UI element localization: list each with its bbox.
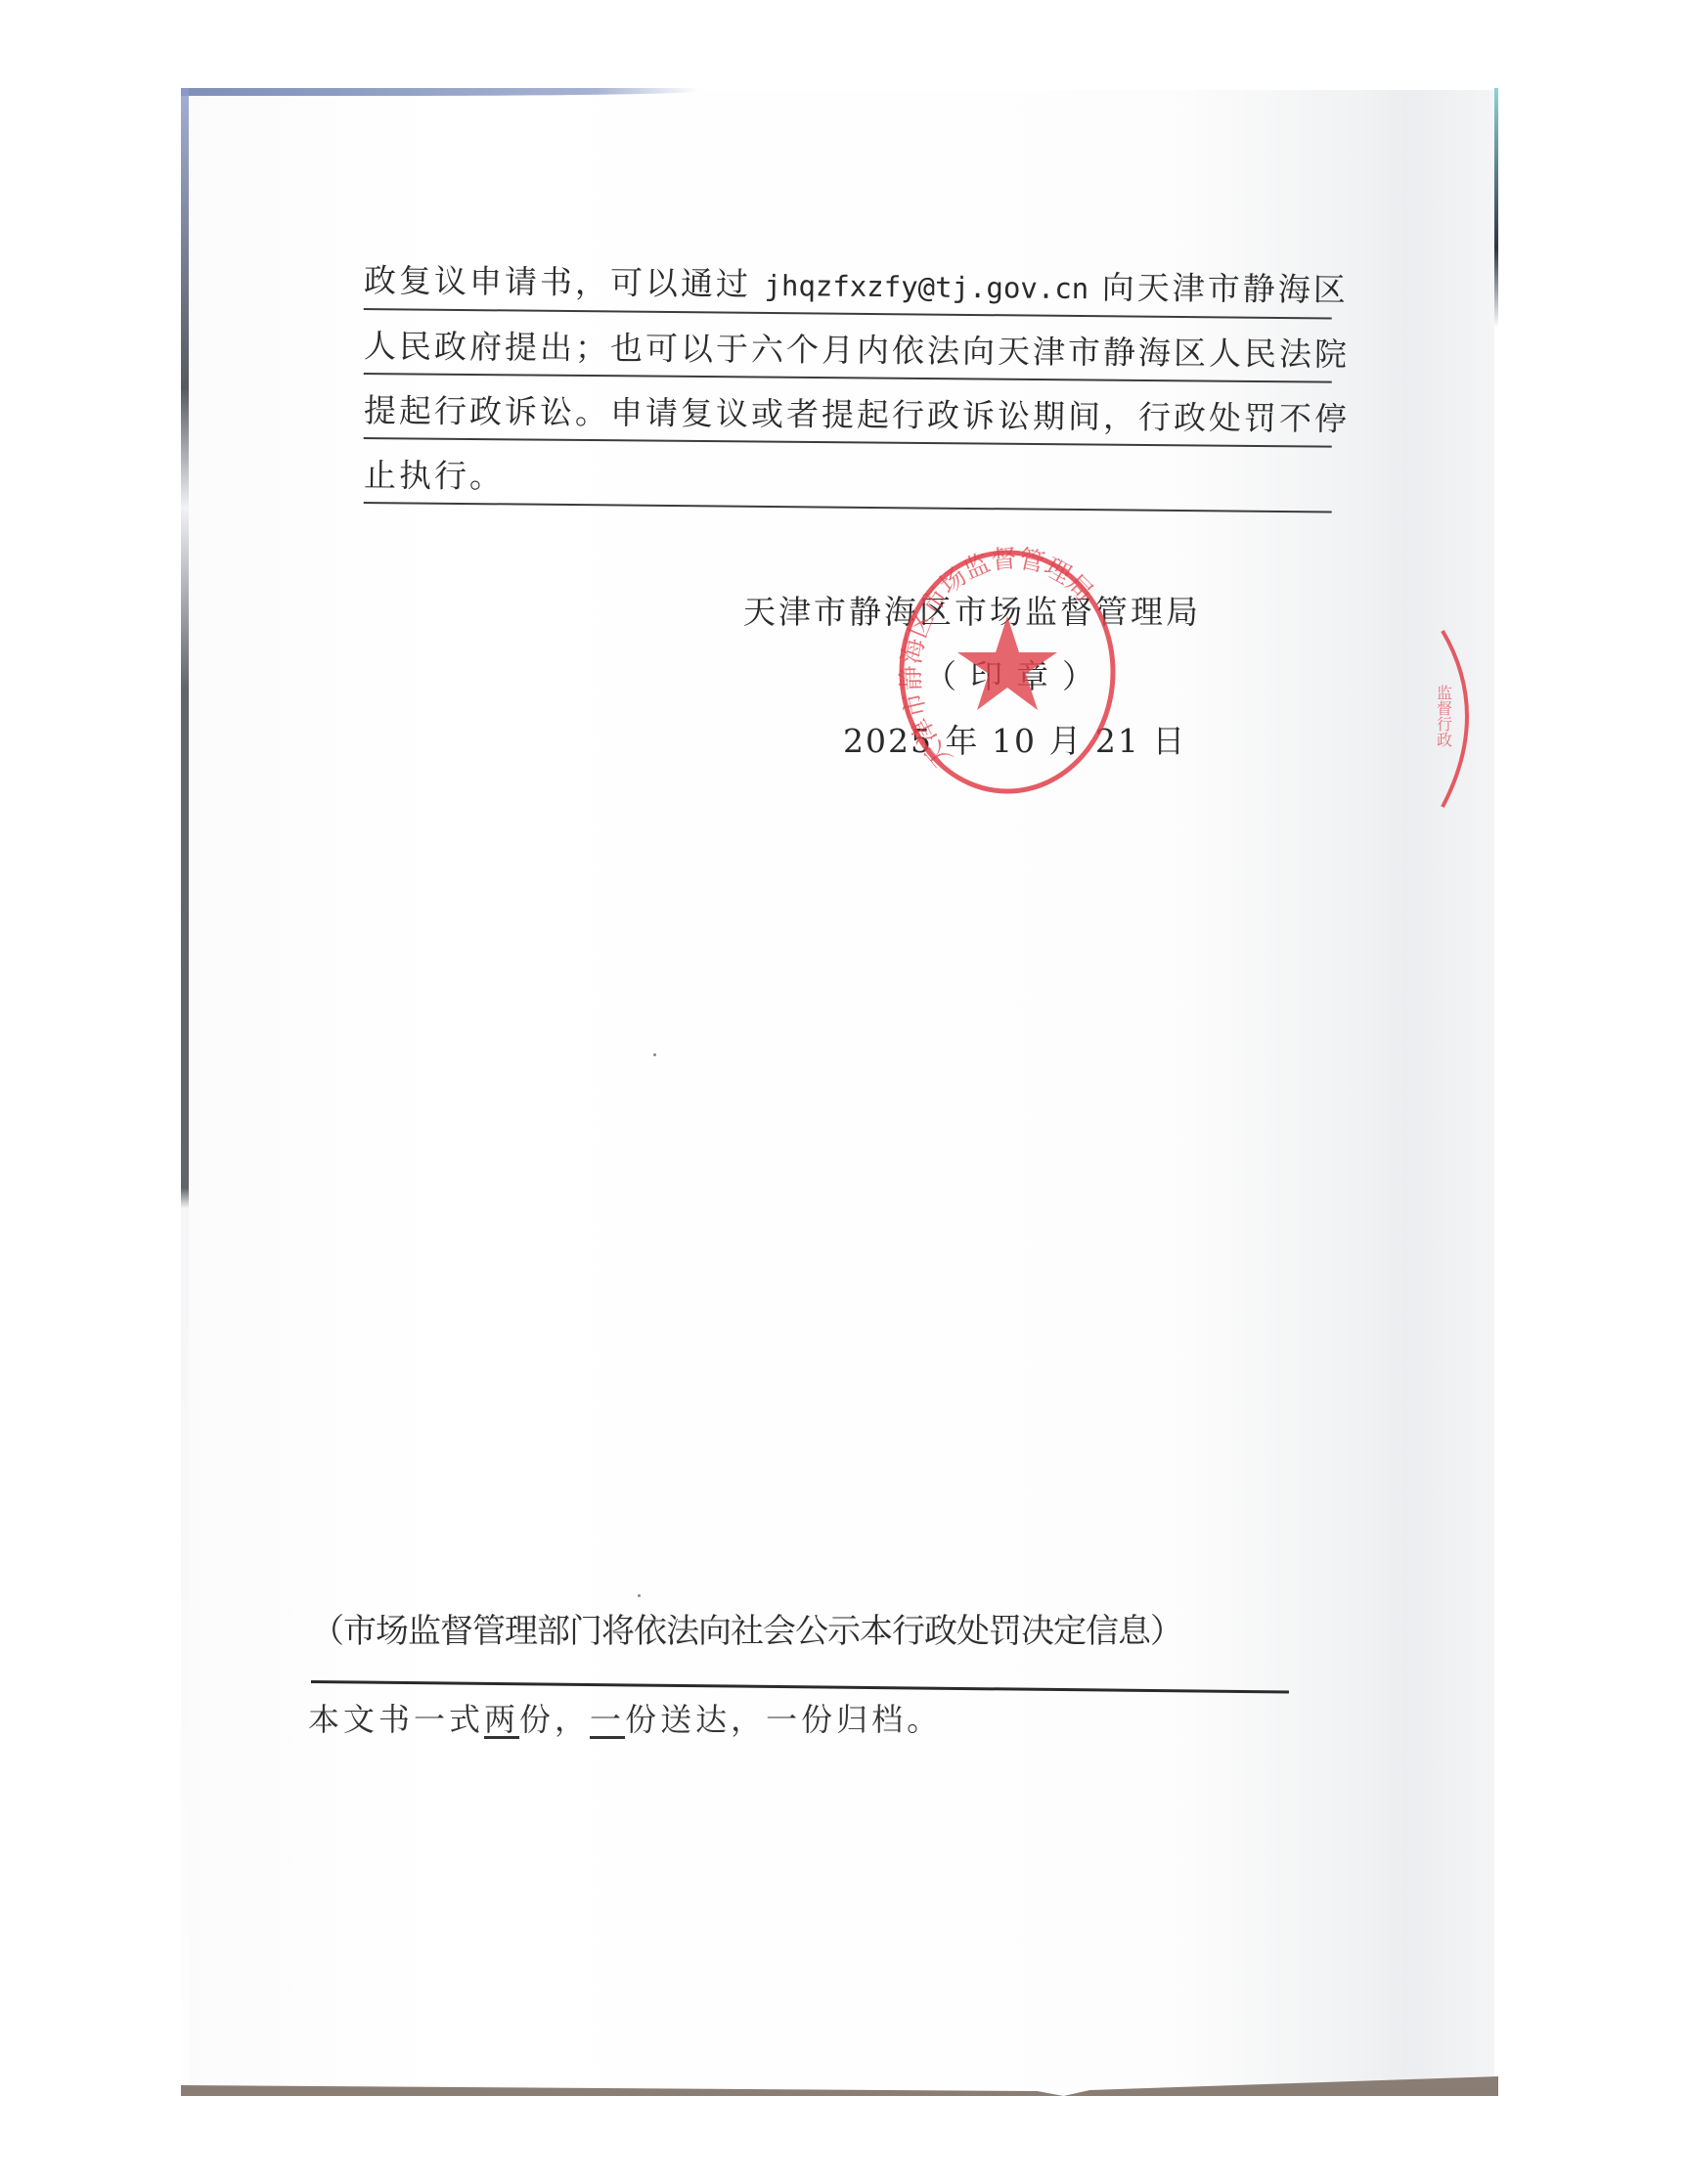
body-line-3: 提起行政诉讼。申请复议或者提起行政诉讼期间，行政处罚不停	[364, 386, 1332, 448]
public-disclosure-notice: （市场监督管理部门将依法向社会公示本行政处罚决定信息）	[311, 1604, 1182, 1652]
issue-date: 2025 年 10 月 21 日	[843, 716, 1186, 762]
paper-speck	[638, 1594, 641, 1597]
body-line-4: 止执行。	[364, 451, 1332, 513]
issuing-agency: 天津市静海区市场监督管理局	[743, 587, 1201, 633]
body-line-2: 人民政府提出；也可以于六个月内依法向天津市静海区人民法院	[364, 322, 1332, 383]
paper-left-edge	[181, 88, 189, 2088]
appeal-rights-paragraph: 政复议申请书，可以通过 jhqzfxzfy@tj.gov.cn 向天津市静海区 …	[364, 256, 1332, 515]
paper-fold-shadow	[1342, 90, 1498, 2088]
paper-right-edge	[1494, 88, 1498, 2088]
body-line-1: 政复议申请书，可以通过 jhqzfxzfy@tj.gov.cn 向天津市静海区	[364, 256, 1332, 320]
copies-note: 本文书一式两份，一份送达，一份归档。	[308, 1695, 942, 1740]
seal-label: （印章）	[924, 651, 1108, 697]
review-email: jhqzfxzfy@tj.gov.cn	[764, 269, 1088, 305]
paper-speck	[653, 1053, 656, 1056]
